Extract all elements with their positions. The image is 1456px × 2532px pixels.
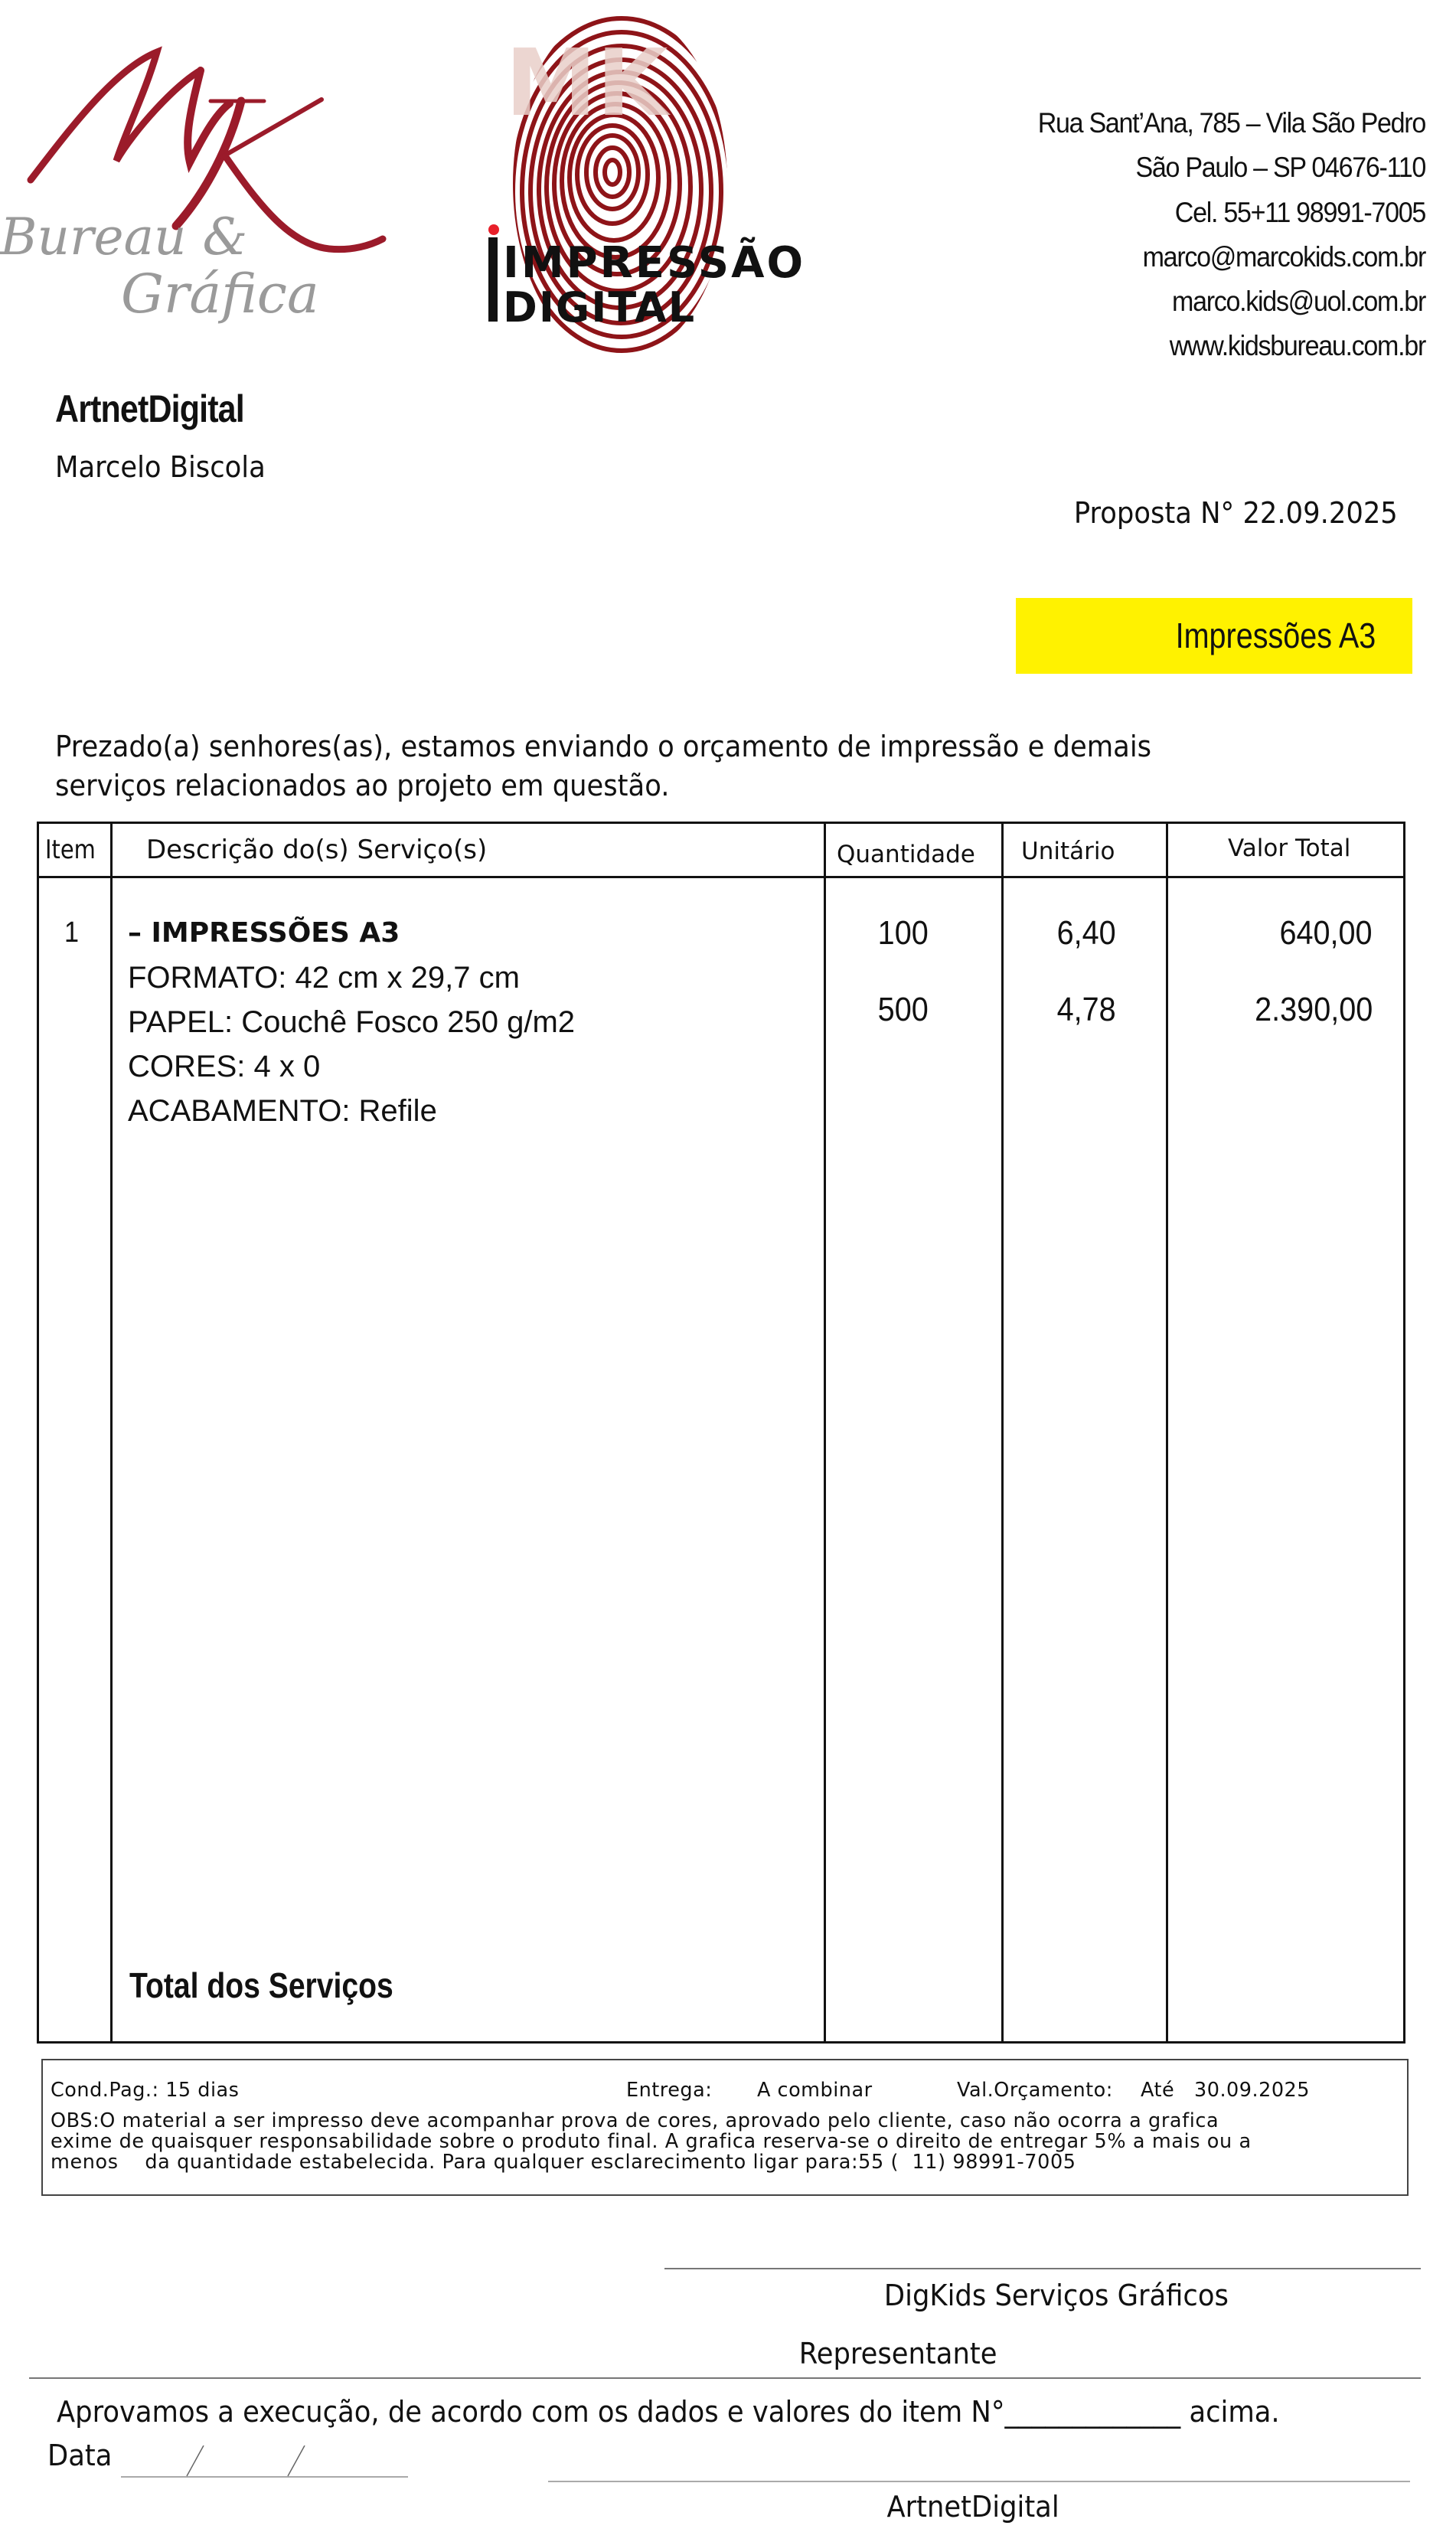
address-website[interactable]: www.kidsbureau.com.br — [932, 324, 1425, 368]
description-colors: CORES: 4 x 0 — [128, 1044, 575, 1089]
date-field[interactable] — [121, 2445, 408, 2478]
observations: OBS:O material a ser impresso deve acomp… — [51, 2111, 1252, 2173]
payment-terms: Cond.Pag.: 15 dias — [51, 2079, 239, 2102]
services-table: Item Descrição do(s) Serviço(s) Quantida… — [37, 822, 1405, 2044]
date-separators-icon — [121, 2445, 408, 2478]
price-1-unit: 6,40 — [1057, 914, 1116, 952]
approval-statement: Aprovamos a execução, de acordo com os d… — [57, 2395, 1280, 2429]
obs-line-2: exime de quaisquer responsabilidade sobr… — [51, 2132, 1252, 2152]
row-description: – IMPRESSÕES A3 FORMATO: 42 cm x 29,7 cm… — [128, 911, 575, 1133]
intro-line-2: serviços relacionados ao projeto em ques… — [55, 766, 1265, 805]
header-divider — [39, 876, 1403, 878]
description-title: – IMPRESSÕES A3 — [128, 911, 575, 956]
address-email-1[interactable]: marco@marcokids.com.br — [932, 235, 1425, 279]
date-label: Data — [47, 2439, 112, 2472]
header-description: Descrição do(s) Serviço(s) — [146, 835, 487, 865]
company-signature-line — [664, 2268, 1421, 2269]
price-2-unit: 4,78 — [1057, 991, 1116, 1029]
header-unit: Unitário — [1021, 838, 1115, 865]
logo-impressao-text: IMPRESSÃO — [503, 237, 805, 288]
header-quantity: Quantidade — [837, 841, 975, 868]
intro-line-1: Prezado(a) senhores(as), estamos enviand… — [55, 727, 1265, 766]
proposal-number: Proposta N° 22.09.2025 — [1074, 496, 1398, 530]
client-company: ArtnetDigital — [55, 387, 244, 431]
address-phone: Cel. 55+11 98991-7005 — [932, 191, 1425, 235]
price-1-total: 640,00 — [1280, 914, 1373, 952]
col-divider-qty — [1001, 824, 1004, 2041]
header-item: Item — [45, 835, 96, 865]
client-signature-name: ArtnetDigital — [886, 2490, 1059, 2524]
description-finishing: ACABAMENTO: Refile — [128, 1089, 575, 1133]
price-2-quantity: 500 — [878, 991, 929, 1029]
header-total: Valor Total — [1228, 835, 1350, 862]
delivery-value: A combinar — [757, 2079, 873, 2102]
separator-line — [29, 2377, 1421, 2379]
representative-label: Representante — [799, 2337, 997, 2370]
delivery-label: Entrega: — [626, 2079, 712, 2102]
price-2-total: 2.390,00 — [1255, 991, 1373, 1029]
col-divider-unit — [1166, 824, 1168, 2041]
validity-label: Val.Orçamento: — [957, 2079, 1113, 2102]
logo-grafica-text: Gráfica — [121, 263, 319, 325]
col-divider-desc — [824, 824, 826, 2041]
total-services-label: Total dos Serviços — [129, 1965, 393, 2006]
address-email-2[interactable]: marco.kids@uol.com.br — [932, 279, 1425, 324]
price-1-quantity: 100 — [878, 914, 929, 952]
fingerprint-mk-watermark: MK — [505, 31, 671, 137]
company-address-block: Rua Sant’Ana, 785 – Vila São Pedro São P… — [890, 101, 1425, 369]
client-contact: Marcelo Biscola — [55, 450, 266, 484]
obs-line-3: menos da quantidade estabelecida. Para q… — [51, 2152, 1252, 2173]
logo-digital-text: DIGITAL — [503, 283, 696, 332]
logo-dot-icon — [488, 224, 499, 235]
obs-line-1: OBS:O material a ser impresso deve acomp… — [51, 2111, 1252, 2132]
conditions-box: Cond.Pag.: 15 dias Entrega: A combinar V… — [41, 2059, 1409, 2196]
logo-bureau-text: Bureau & — [0, 207, 247, 266]
address-street: Rua Sant’Ana, 785 – Vila São Pedro — [932, 101, 1425, 145]
client-signature-line — [548, 2481, 1410, 2482]
mk-bureau-grafica-logo: Bureau & Gráfica — [0, 31, 398, 360]
intro-text: Prezado(a) senhores(as), estamos enviand… — [55, 727, 1356, 805]
impressao-digital-logo: MK IMPRESSÃO DIGITAL — [478, 0, 838, 368]
validity-value: Até 30.09.2025 — [1141, 2079, 1310, 2102]
category-label: Impressões A3 — [1175, 615, 1376, 656]
address-city: São Paulo – SP 04676-110 — [932, 145, 1425, 190]
description-paper: PAPEL: Couchê Fosco 250 g/m2 — [128, 1000, 575, 1044]
category-highlight: Impressões A3 — [1016, 598, 1412, 674]
col-divider-item — [110, 824, 113, 2041]
row-item-number: 1 — [64, 916, 79, 949]
company-signature-name: DigKids Serviços Gráficos — [884, 2279, 1229, 2312]
description-format: FORMATO: 42 cm x 29,7 cm — [128, 956, 575, 1000]
